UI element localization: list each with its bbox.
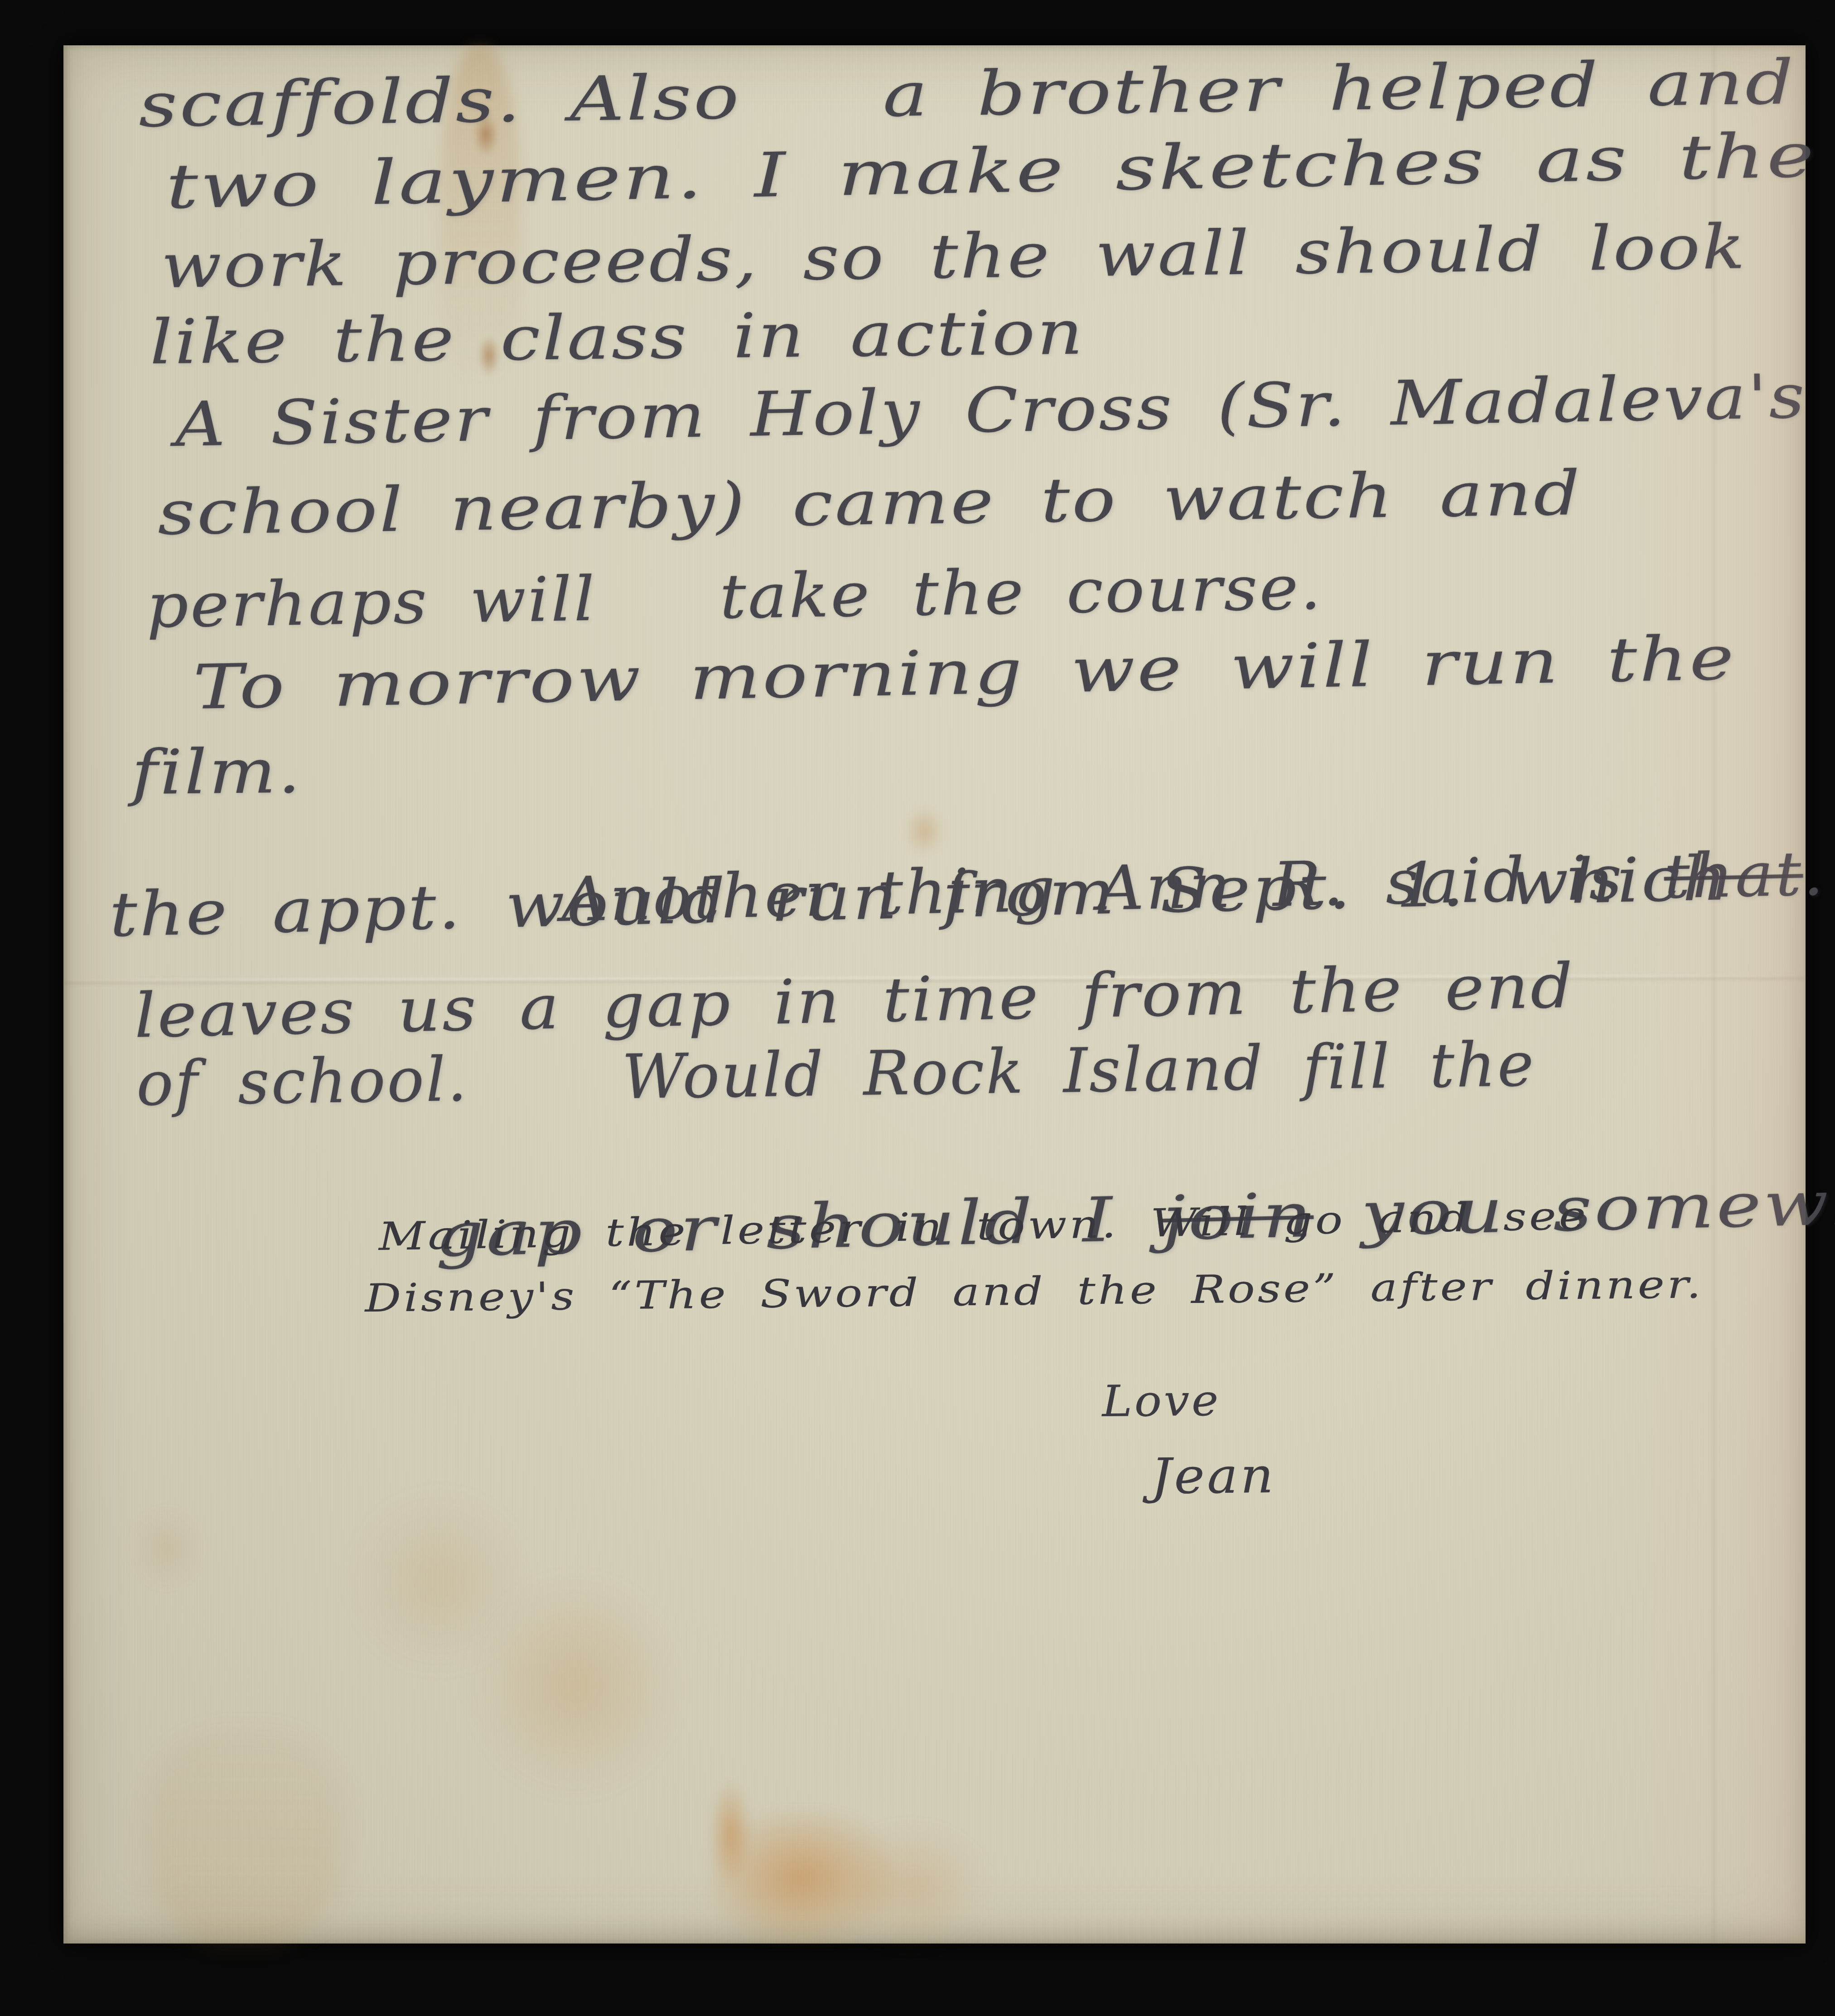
fold-crease-vertical	[1713, 45, 1715, 1944]
letter-line-9: film.	[131, 736, 303, 808]
letter-line-4: like the class in action	[150, 297, 1085, 377]
letter-page: scaffolds. Also a brother helped and two…	[63, 45, 1806, 1944]
signature-jean: Jean	[1151, 1448, 1276, 1505]
stain-orange	[834, 1826, 988, 1948]
stain-smudge	[145, 1731, 344, 1944]
stain-spot	[131, 1509, 202, 1588]
stain-orange	[711, 1812, 893, 1944]
stain-orange	[709, 1780, 752, 1885]
scanned-letter-photo: scaffolds. Also a brother helped and two…	[0, 0, 1835, 2016]
letter-line-8: To morrow morning we will run the	[193, 623, 1737, 723]
valediction-love: Love	[1102, 1376, 1221, 1427]
letter-line-5: A Sister from Holy Cross (Sr. Madaleva's	[174, 361, 1807, 460]
stain-blotch	[353, 1495, 526, 1667]
letter-line-6: school nearby) came to watch and	[157, 458, 1583, 548]
stain-blotch	[471, 1577, 680, 1794]
letter-line-3: work proceeds, so the wall should look	[161, 212, 1747, 301]
letter-line-7: perhaps will take the course.	[146, 552, 1323, 641]
line-10-period: .	[1802, 838, 1826, 910]
